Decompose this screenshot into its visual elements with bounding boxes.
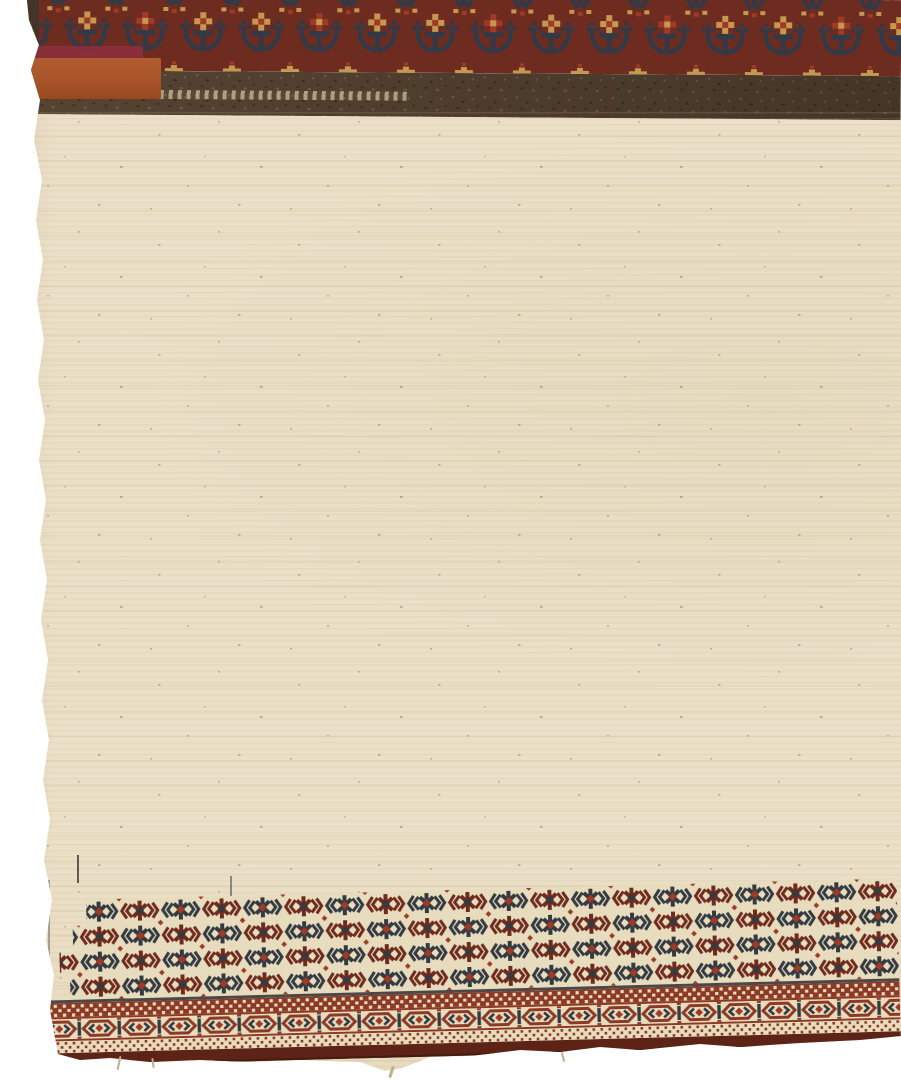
warp-line xyxy=(48,880,50,1000)
bottom-embroidered-border xyxy=(0,878,901,1062)
photo-background xyxy=(0,0,901,1080)
loose-thread xyxy=(561,1052,565,1062)
rust-patch xyxy=(23,58,161,99)
dark-selvage-strip xyxy=(24,0,39,58)
warp-line xyxy=(77,855,79,883)
warp-line xyxy=(230,876,232,896)
textile-fragment xyxy=(0,0,901,1080)
